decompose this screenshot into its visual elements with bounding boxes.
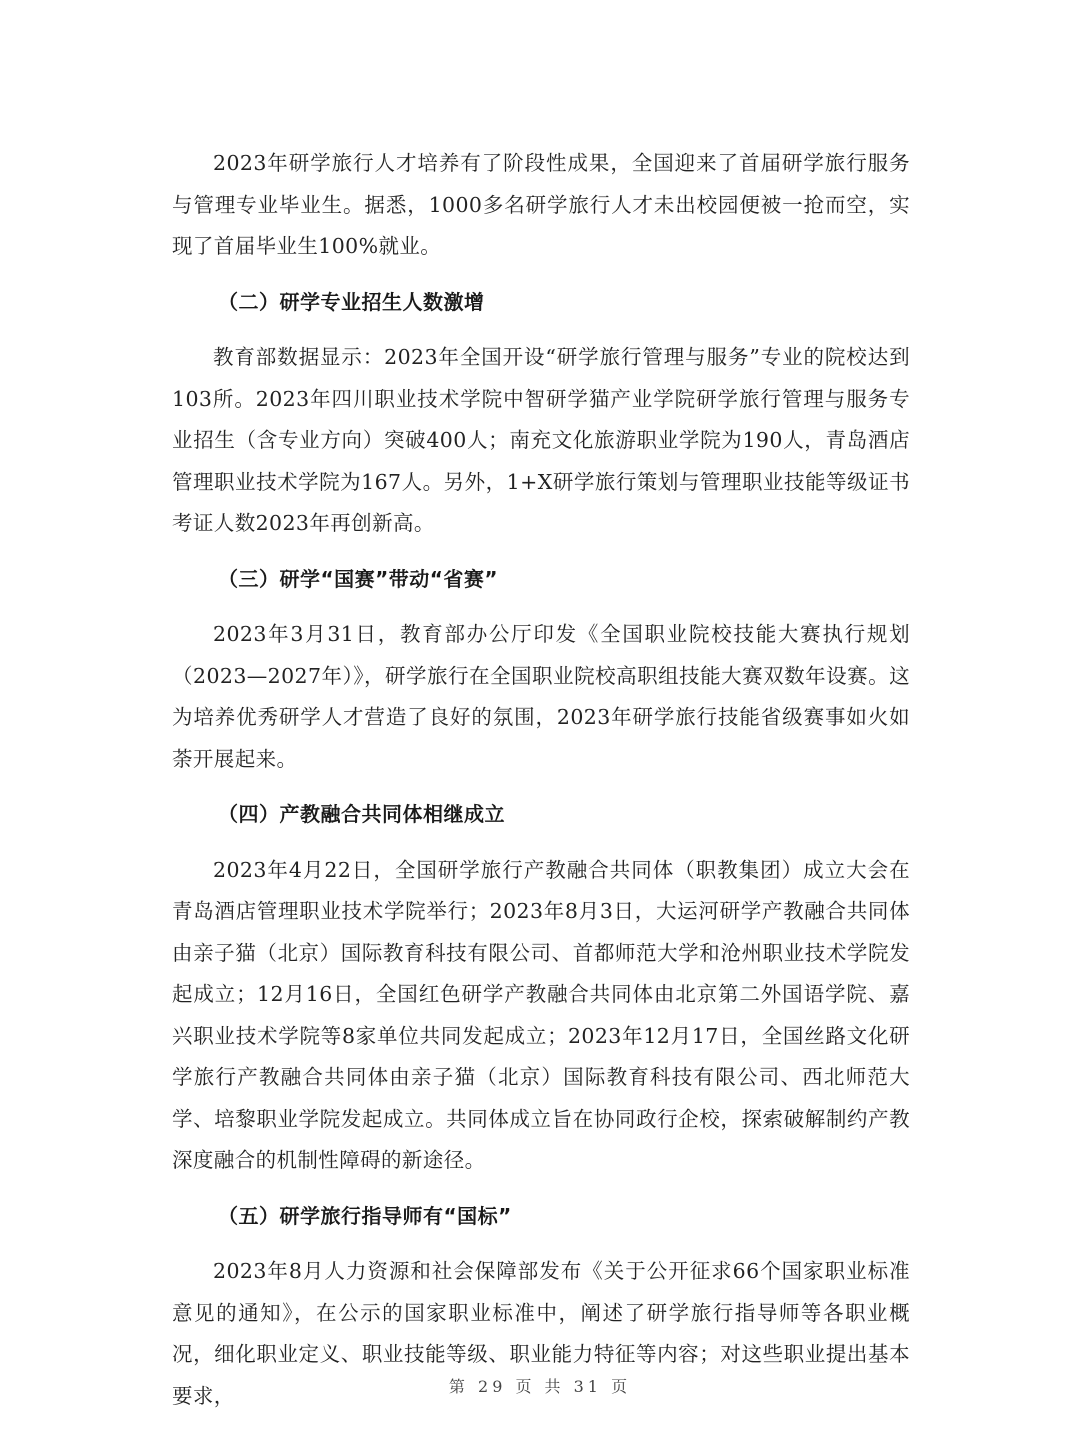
paragraph-enrollment: 教育部数据显示：2023年全国开设“研学旅行管理与服务”专业的院校达到103所。…	[172, 337, 910, 545]
paragraph-community: 2023年4月22日，全国研学旅行产教融合共同体（职教集团）成立大会在青岛酒店管…	[172, 850, 910, 1182]
paragraph-graduates: 2023年研学旅行人才培养有了阶段性成果，全国迎来了首届研学旅行服务与管理专业毕…	[172, 143, 910, 268]
heading-industry-education-community: （四）产教融合共同体相继成立	[172, 794, 910, 836]
heading-national-standard: （五）研学旅行指导师有“国标”	[172, 1196, 910, 1238]
document-page: 2023年研学旅行人才培养有了阶段性成果，全国迎来了首届研学旅行服务与管理专业毕…	[0, 0, 1080, 1455]
heading-enrollment-surge: （二）研学专业招生人数激增	[172, 282, 910, 324]
document-body: 2023年研学旅行人才培养有了阶段性成果，全国迎来了首届研学旅行服务与管理专业毕…	[172, 143, 910, 1417]
paragraph-competition: 2023年3月31日，教育部办公厅印发《全国职业院校技能大赛执行规划（2023—…	[172, 614, 910, 780]
heading-national-competition: （三）研学“国赛”带动“省赛”	[172, 559, 910, 601]
page-number-footer: 第 29 页 共 31 页	[0, 1374, 1080, 1397]
